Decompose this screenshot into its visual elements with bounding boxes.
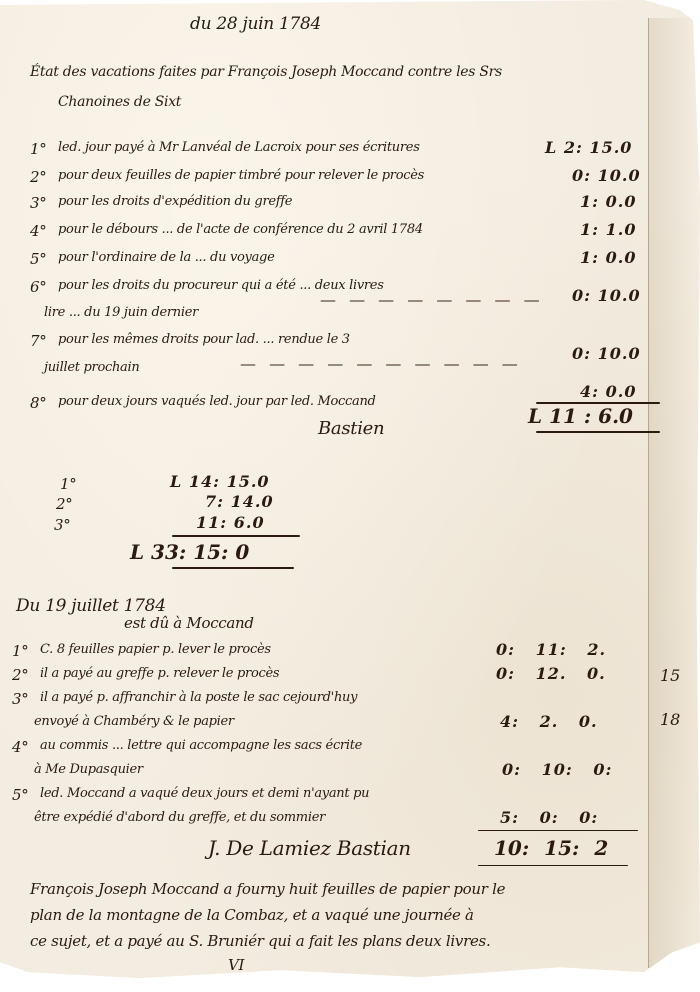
margin-mark: 18 xyxy=(660,710,680,729)
item-text: C. 8 feuilles papier p. lever le procès xyxy=(40,642,271,657)
item-amount: 0: 12. 0. xyxy=(496,664,606,683)
item-amount: 1: 0.0 xyxy=(580,192,636,211)
item-amount: 4: 2. 0. xyxy=(500,712,598,731)
note-line-3: ce sujet, et a payé au S. Bruniér qui a … xyxy=(30,932,490,950)
item-text: led. jour payé à Mr Lanvéal de Lacroix p… xyxy=(58,140,420,155)
summary-number: 2° xyxy=(56,495,72,513)
summary-total: L 33: 15: 0 xyxy=(130,540,249,564)
header-date: du 28 juin 1784 xyxy=(190,14,321,34)
item-number: 8° xyxy=(30,394,46,412)
item-text-continued: lire ... du 19 juin dernier xyxy=(44,305,198,320)
note-line-1: François Joseph Moccand a fourny huit fe… xyxy=(30,880,505,898)
summary-amount: 11: 6.0 xyxy=(196,513,265,532)
item-number: 4° xyxy=(12,738,28,756)
subtotal-rule-bottom xyxy=(536,431,660,433)
item-text-continued: être expédié d'abord du greffe, et du so… xyxy=(34,810,325,825)
section2-total: 10: 15: 2 xyxy=(494,836,608,860)
item-amount: L 2: 15.0 xyxy=(545,138,632,157)
item-amount: 5: 0: 0: xyxy=(500,808,598,827)
item-amount: 0: 10.0 xyxy=(572,344,641,363)
intro-line-1: État des vacations faites par François J… xyxy=(30,64,502,80)
item-text: pour deux jours vaqués led. jour par led… xyxy=(58,394,376,409)
section2-date: Du 19 juillet 1784 xyxy=(16,596,166,616)
section2-rule-top xyxy=(478,830,638,831)
item-text: il a payé p. affranchir à la poste le sa… xyxy=(40,690,357,705)
item-number: 3° xyxy=(12,690,28,708)
summary-number: 3° xyxy=(54,516,70,534)
item-number: 5° xyxy=(12,786,28,804)
item-number: 1° xyxy=(12,642,28,660)
item-amount: 0: 11: 2. xyxy=(496,640,606,659)
summary-rule-top xyxy=(172,535,300,537)
signature-bastien: Bastien xyxy=(318,418,384,439)
summary-number: 1° xyxy=(60,475,76,493)
item-amount: 1: 0.0 xyxy=(580,248,636,267)
summary-amount: L 14: 15.0 xyxy=(170,472,270,491)
item-amount: 0: 10.0 xyxy=(572,286,641,305)
item-number: 6° xyxy=(30,278,46,296)
note-line-2: plan de la montagne de la Combaz, et a v… xyxy=(30,906,474,924)
item-number: 4° xyxy=(30,222,46,240)
item-amount: 1: 1.0 xyxy=(580,220,636,239)
section2-rule-bottom xyxy=(478,865,628,866)
item-text-continued: à Me Dupasquier xyxy=(34,762,143,777)
item-text: pour l'ordinaire de la ... du voyage xyxy=(58,250,274,265)
section2-subtitle: est dû à Moccand xyxy=(124,614,254,632)
item-amount: 0: 10: 0: xyxy=(502,760,612,779)
item-text: pour les droits d'expédition du greffe xyxy=(58,194,292,209)
intro-line-2: Chanoines de Sixt xyxy=(58,94,181,110)
signature-lamiez: J. De Lamiez Bastian xyxy=(208,836,411,860)
item-text: pour le débours ... de l'acte de confére… xyxy=(58,222,423,237)
margin-mark: 15 xyxy=(660,666,680,685)
item-number: 2° xyxy=(12,666,28,684)
item-amount: 4: 0.0 xyxy=(580,382,636,401)
summary-amount: 7: 14.0 xyxy=(205,492,274,511)
item-text: il a payé au greffe p. relever le procès xyxy=(40,666,279,681)
item-number: 2° xyxy=(30,168,46,186)
item-text: pour deux feuilles de papier timbré pour… xyxy=(58,168,424,183)
leader-dashes: — — — — — — — — xyxy=(320,290,544,309)
summary-rule-bottom xyxy=(172,567,294,569)
note-mark: VI xyxy=(228,956,244,974)
manuscript-page: du 28 juin 1784 État des vacations faite… xyxy=(0,0,700,992)
item-number: 7° xyxy=(30,332,46,350)
item-text-continued: juillet prochain xyxy=(44,360,139,375)
item-text: led. Moccand a vaqué deux jours et demi … xyxy=(40,786,369,801)
subtotal-amount: L 11 : 6.0 xyxy=(528,404,633,428)
item-number: 1° xyxy=(30,140,46,158)
paper-fold xyxy=(648,18,695,968)
item-text: pour les mêmes droits pour lad. ... rend… xyxy=(58,332,350,347)
item-number: 3° xyxy=(30,194,46,212)
item-amount: 0: 10.0 xyxy=(572,166,641,185)
item-number: 5° xyxy=(30,250,46,268)
item-text: au commis ... lettre qui accompagne les … xyxy=(40,738,362,753)
item-text-continued: envoyé à Chambéry & le papier xyxy=(34,714,234,729)
leader-dashes: — — — — — — — — — — xyxy=(240,354,522,373)
